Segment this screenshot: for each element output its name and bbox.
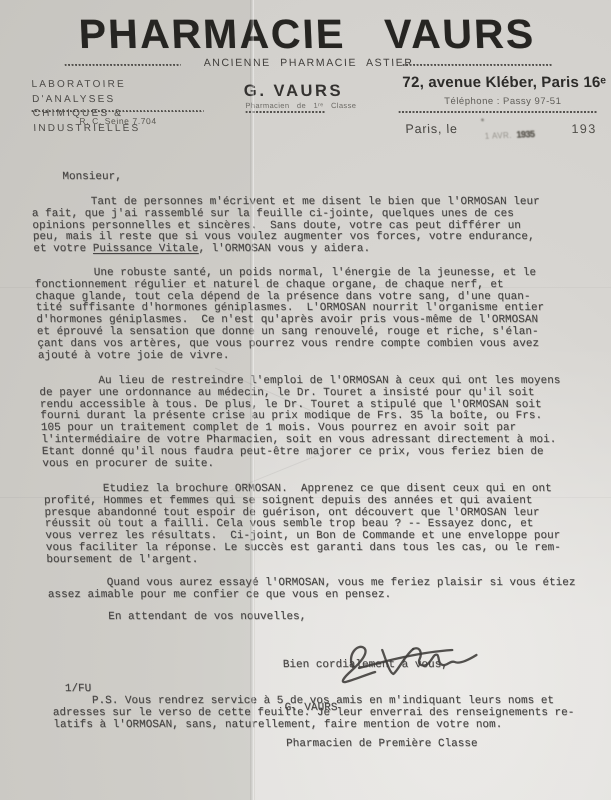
address-line: 72, avenue Kléber, Paris 16ᵉ [402, 74, 607, 91]
paragraph-1: Tant de personnes m'écrivent et me disen… [31, 197, 542, 256]
dotted-rule [65, 64, 181, 66]
dotted-rule [246, 111, 326, 113]
paragraph-2: Une robuste santé, un poids normal, l'én… [34, 268, 546, 362]
pre-closing-line: En attendant de vos nouvelles, [49, 612, 307, 624]
letter-sheet: PHARMACIE VAURS ANCIENNE PHARMACIE ASTIE… [0, 0, 611, 800]
dotted-rule [32, 110, 204, 112]
paragraph-4: Etudiez la brochure ORMOSAN. Apprenez ce… [43, 484, 561, 567]
signature-handwriting [330, 637, 484, 687]
date-prefix: Paris, le [405, 122, 458, 136]
underlined-phrase: Puissance Vitale [93, 243, 199, 255]
date-stamp-year: 1935 [516, 129, 535, 140]
registration-number: R. C. Seine 7.704 [32, 116, 204, 126]
laboratory-line1: LABORATOIRE D'ANALYSES [31, 78, 212, 107]
postscript: P.S. Vous rendrez service à 5 de vos ami… [52, 696, 575, 731]
salutation: Monsieur, [62, 172, 122, 184]
pharmacist-name: G. VAURS [243, 82, 343, 101]
scanned-letter-page: PHARMACIE VAURS ANCIENNE PHARMACIE ASTIE… [0, 0, 611, 800]
signer-title: Pharmacien de Première Classe [286, 739, 478, 751]
dotted-rule [403, 64, 553, 66]
date-stamp-day: 1 AVR. [484, 131, 512, 141]
vertical-fold-line [250, 0, 254, 800]
dotted-rule [399, 111, 597, 113]
pharmacist-title: Pharmacien de 1ʳᵉ Classe [245, 101, 356, 110]
printed-year: 193 [571, 122, 597, 136]
paragraph-5: Quand vous aurez essayé l'ORMOSAN, vous … [47, 578, 576, 602]
date-stamp: 1 AVR. 1935 [484, 124, 535, 144]
letterhead-title: PHARMACIE VAURS [0, 11, 611, 58]
telephone-line: Téléphone : Passy 97-51 [444, 96, 562, 107]
letterhead-subtitle: ANCIENNE PHARMACIE ASTIER [203, 57, 414, 69]
paragraph-1-end: , l'ORMOSAN vous y aidera. [198, 243, 370, 255]
paragraph-3: Au lieu de restreindre l'emploi de l'ORM… [39, 376, 564, 470]
laboratory-block: LABORATOIRE D'ANALYSES CHIMIQUES & INDUS… [31, 78, 213, 136]
